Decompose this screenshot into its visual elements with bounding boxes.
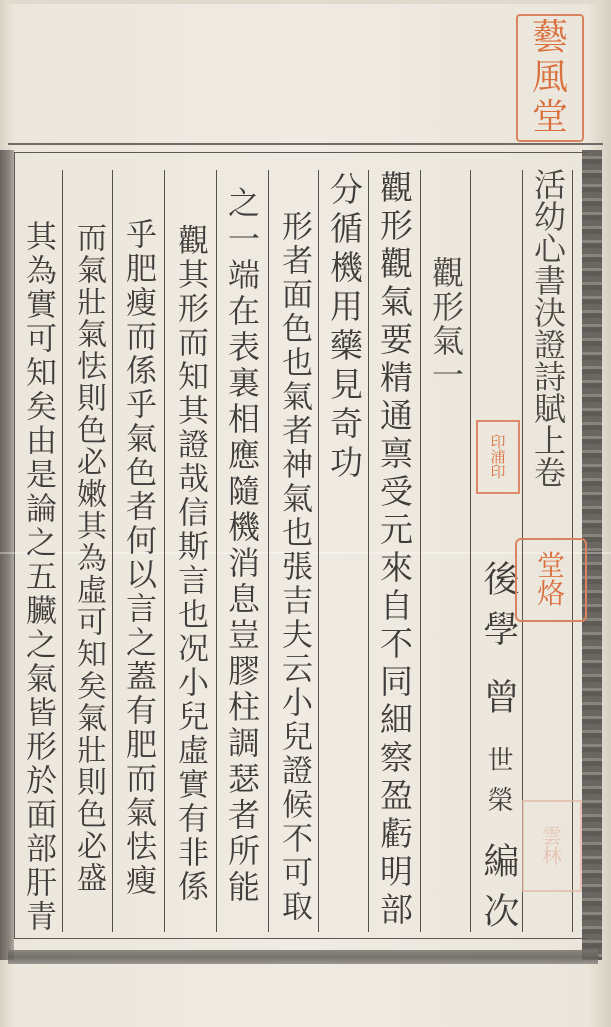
text-column-2: 分循機用藥見奇功	[322, 172, 366, 484]
seal-char: 風	[532, 60, 568, 96]
text-column-6: 乎肥瘦而係乎氣色者何以言之蓋有肥而氣怯瘦	[116, 218, 160, 898]
seal-char: 雲	[542, 826, 562, 846]
left-spine-edge	[0, 150, 14, 960]
column-rule	[470, 170, 471, 932]
column-rule	[420, 170, 421, 932]
seal-char: 藝	[532, 20, 568, 56]
text-column-1: 觀形觀氣要精通禀受元來自不同細察盈虧明部	[372, 170, 416, 930]
column-rule	[164, 170, 165, 932]
book-page: 藝 風 堂 活幼心書決證詩賦上卷 印 浦 印 後學曾世榮編次 堂 烙 雲 林 觀…	[0, 0, 611, 1027]
seal-char: 堂	[532, 100, 568, 136]
seal-char: 林	[542, 846, 562, 866]
author-given-name: 世榮	[483, 746, 513, 826]
book-title: 活幼心書決證詩賦上卷	[526, 168, 570, 488]
seal-char: 烙	[537, 580, 565, 608]
column-rule	[216, 170, 217, 932]
collector-seal-yifengtang: 藝 風 堂	[516, 14, 584, 142]
seal-char: 堂	[537, 552, 565, 580]
author-line: 後學曾世榮編次	[476, 560, 520, 942]
author-prefix: 後學	[478, 560, 519, 660]
bottom-frame-band	[8, 950, 598, 964]
collector-seal-square: 堂 烙	[515, 538, 587, 622]
text-column-4: 之一端在表裏相應隨機消息豈膠柱調瑟者所能	[220, 186, 264, 906]
column-rule	[112, 170, 113, 932]
text-column-5: 觀其形而知其證哉信斯言也况小兒虛實有非係	[168, 224, 212, 904]
column-rule	[368, 170, 369, 932]
column-rule	[62, 170, 63, 932]
section-heading: 觀形氣一	[424, 256, 468, 392]
author-surname: 曾	[478, 678, 519, 728]
page-edge	[8, 0, 603, 4]
text-column-8: 其為實可知矣由是論之五臟之氣皆形於面部肝青	[16, 220, 60, 934]
column-rule	[268, 170, 269, 932]
text-column-7: 而氣壯氣怯則色必嫩其為虛可知矣氣壯則色必盛	[66, 222, 110, 894]
column-rule	[318, 170, 319, 932]
collector-seal-faint: 雲 林	[522, 800, 582, 892]
author-role: 編次	[478, 842, 519, 942]
seal-char: 印	[490, 465, 505, 480]
text-column-3: 形者面色也氣者神氣也張吉夫云小兒證候不可取	[272, 210, 316, 924]
collector-seal-small: 印 浦 印	[476, 420, 520, 494]
